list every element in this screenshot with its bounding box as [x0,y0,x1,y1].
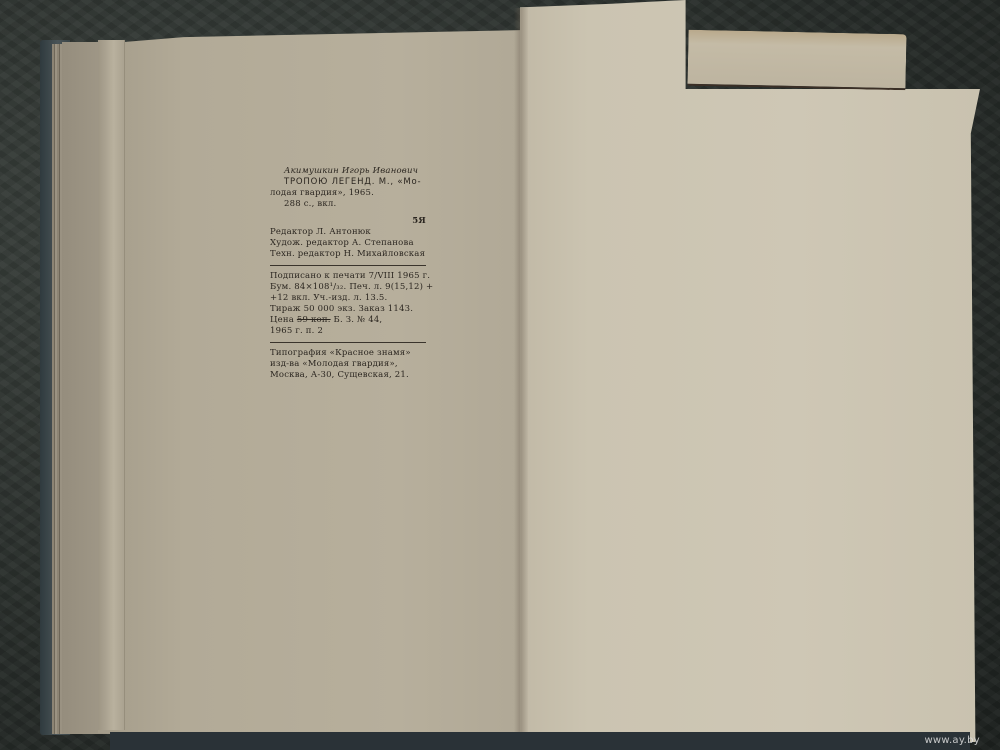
book-title: ТРОПОЮ ЛЕГЕНД. М., «Мо- [270,177,430,188]
stamp-mark: 5Я [270,216,426,227]
book-gutter [514,8,528,743]
sheets-line: +12 вкл. Уч.-изд. л. 13.5. [270,293,430,304]
printer-line-2: изд-ва «Молодая гвардия», [270,359,430,370]
left-page [98,30,526,740]
price-rest: Б. З. № 44, [334,315,383,325]
print-run-line: Тираж 50 000 экз. Заказ 1143. [270,304,430,315]
watermark: www.ay.by [924,735,980,746]
pages-line: 288 с., вкл. [270,199,430,210]
price-label: Цена [270,315,294,325]
torn-corner-strip [687,30,906,91]
art-editor-line: Худож. редактор А. Степанова [270,238,430,249]
editor-line: Редактор Л. Антонюк [270,227,430,238]
publisher-line: лодая гвардия», 1965. [270,188,430,199]
price-line: Цена 59 коп. Б. З. № 44, [270,315,430,326]
tech-editor-line: Техн. редактор Н. Михайловская [270,249,430,260]
left-page-fold [98,40,125,730]
signed-line: Подписано к печати 7/VIII 1965 г. [270,271,430,282]
divider [270,265,426,266]
price-value: 59 коп. [297,315,331,325]
bottom-cover-edge [110,732,970,750]
author-name: Акимушкин Игорь Иванович [270,166,430,177]
printer-line-3: Москва, А-30, Сущевская, 21. [270,370,430,381]
right-page [520,0,980,742]
year-line: 1965 г. п. 2 [270,326,430,337]
printer-line-1: Типография «Красное знамя» [270,348,430,359]
divider [270,342,426,343]
imprint-block: Акимушкин Игорь Иванович ТРОПОЮ ЛЕГЕНД. … [270,166,430,381]
paper-line: Бум. 84×108¹/₃₂. Печ. л. 9(15,12) + [270,282,430,293]
